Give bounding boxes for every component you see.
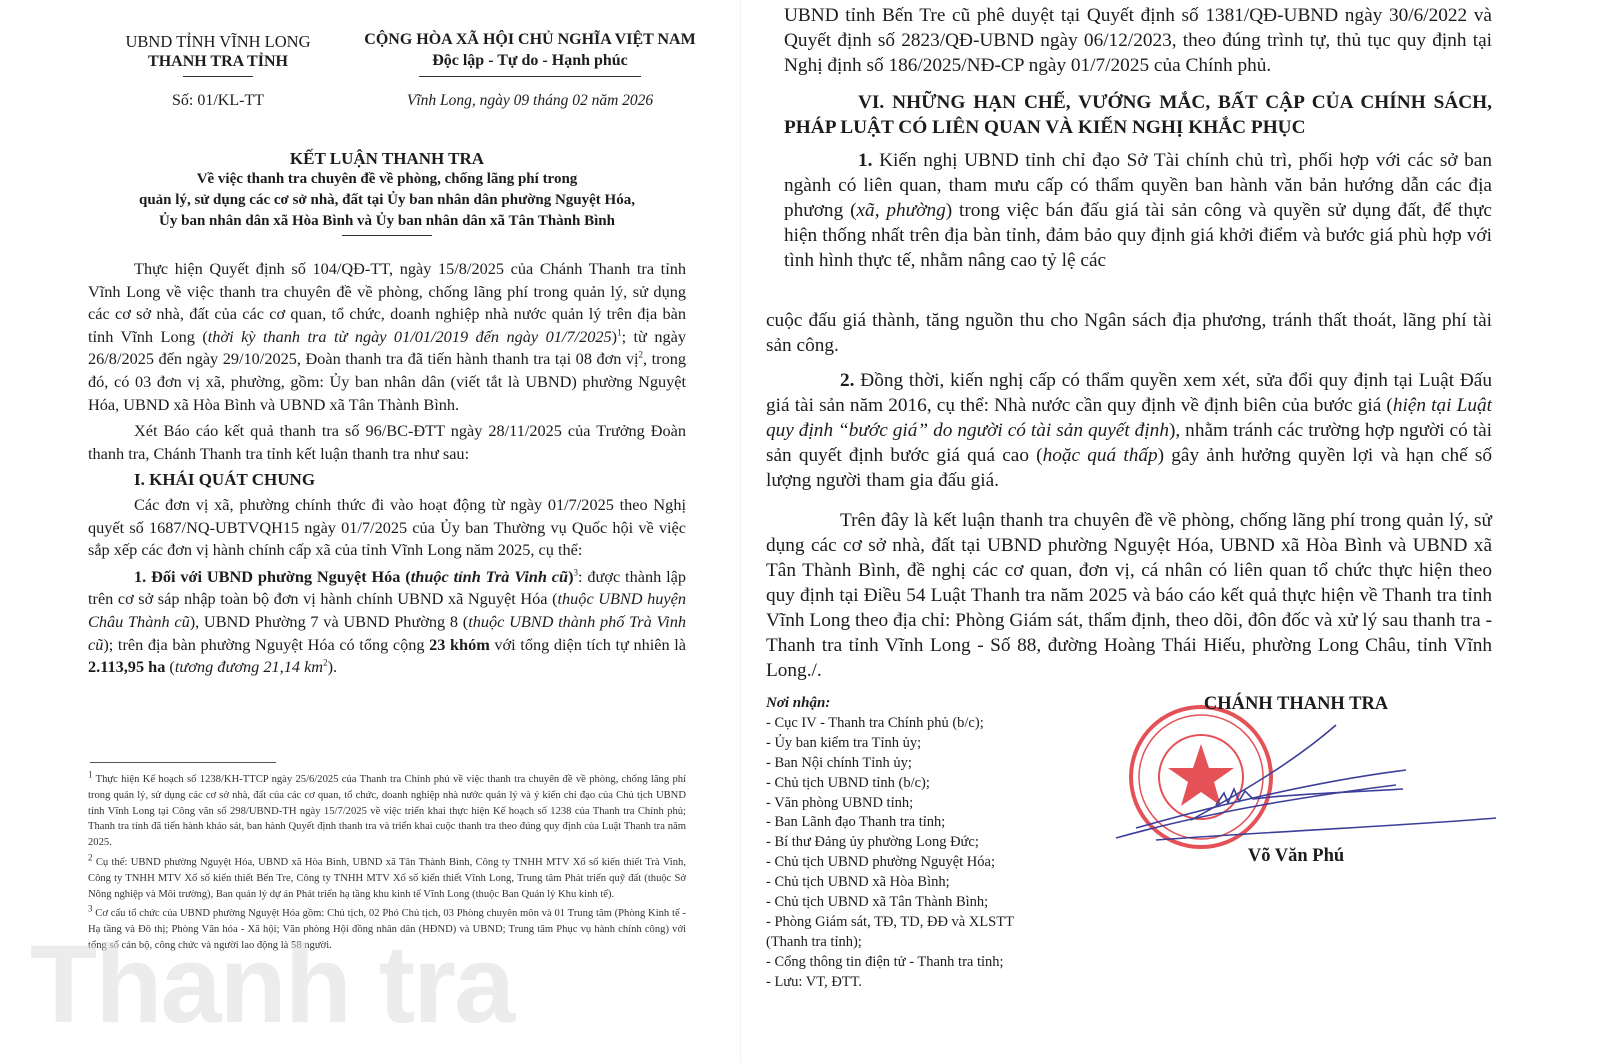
recipient-item: - Ban Nội chính Tỉnh ủy;: [766, 754, 1086, 774]
recipient-item: - Ban Lãnh đạo Thanh tra tỉnh;: [766, 813, 1086, 833]
document-title: KẾT LUẬN THANH TRA Về việc thanh tra chu…: [88, 148, 686, 236]
recipient-items: - Cục IV - Thanh tra Chính phủ (b/c);- Ủ…: [766, 714, 1086, 993]
italic-text: hoặc quá thấp: [1043, 445, 1158, 466]
bold-text: 2.113,95 ha: [88, 657, 165, 676]
text: Đồng thời, kiến nghị cấp có thẩm quyền x…: [766, 370, 1492, 416]
item-number: 2.: [840, 370, 854, 391]
italic-text: xã, phường: [857, 200, 946, 221]
recipient-item: - Chủ tịch UBND phường Nguyệt Hóa;: [766, 853, 1086, 873]
page-gutter: [740, 0, 741, 1063]
left-page: UBND TỈNH VĨNH LONG THANH TRA TỈNH CỘNG …: [88, 0, 686, 1063]
recipient-item: - Văn phòng UBND tỉnh;: [766, 794, 1086, 814]
left-body: Thực hiện Quyết định số 104/QĐ-TT, ngày …: [88, 258, 686, 683]
signature-block: CHÁNH THANH TRA Võ Văn Phú: [1106, 694, 1486, 715]
title-underline: [342, 235, 432, 236]
recipient-item: (Thanh tra tỉnh);: [766, 933, 1086, 953]
recipients-heading: Nơi nhận:: [766, 694, 1086, 714]
title-sub-1: Về việc thanh tra chuyên đề về phòng, ch…: [88, 169, 686, 190]
item-number: 1.: [858, 150, 872, 171]
paragraph-general: Các đơn vị xã, phường chính thức đi vào …: [88, 494, 686, 562]
section-heading-1: I. KHÁI QUÁT CHUNG: [88, 469, 686, 492]
recommendation-2: 2. Đồng thời, kiến nghị cấp có thẩm quyề…: [766, 368, 1492, 493]
recipient-item: - Lưu: VT, ĐTT.: [766, 973, 1086, 993]
text: Trên đây là kết luận thanh tra chuyên đề…: [766, 508, 1492, 683]
recipient-item: - Ủy ban kiểm tra Tỉnh ủy;: [766, 734, 1086, 754]
motto-underline: [419, 76, 641, 77]
watermark-logo: Thanh tra: [30, 930, 513, 1040]
recipient-item: - Chủ tịch UBND tỉnh (b/c);: [766, 774, 1086, 794]
footnote-number: 3: [88, 904, 93, 914]
recommendation-1: 1. Kiến nghị UBND tỉnh chỉ đạo Sở Tài ch…: [766, 148, 1492, 273]
text: ), UBND Phường 7 và UBND Phường 8 (: [190, 612, 468, 631]
document-number: Số: 01/KL-TT: [88, 92, 348, 110]
italic-text: tương đương 21,14 km: [175, 657, 323, 676]
recipient-item: - Cục IV - Thanh tra Chính phủ (b/c);: [766, 714, 1086, 734]
agency-underline: [183, 76, 253, 77]
paragraph-item-1: 1. Đối với UBND phường Nguyệt Hóa (thuộc…: [88, 566, 686, 679]
footnote-number: 2: [88, 852, 93, 862]
agency-name: THANH TRA TỈNH: [88, 52, 348, 72]
italic-text: thời kỳ thanh tra từ ngày 01/01/2019 đến…: [208, 327, 612, 346]
title-sub-3: Ủy ban nhân dân xã Hòa Bình và Ủy ban nh…: [88, 211, 686, 232]
recipient-item: - Bí thư Đảng ủy phường Long Đức;: [766, 833, 1086, 853]
footnote-2: 2 Cụ thể: UBND phường Nguyệt Hóa, UBND x…: [88, 855, 686, 902]
issuing-agency: UBND TỈNH VĨNH LONG THANH TRA TỈNH: [88, 32, 348, 77]
footnote-text: Thực hiện Kế hoạch số 1238/KH-TTCP ngày …: [88, 774, 686, 848]
bold-text: 1. Đối với UBND phường Nguyệt Hóa (: [134, 567, 411, 586]
bold-italic-text: thuộc tỉnh Trà Vinh cũ: [411, 567, 568, 586]
section-heading-6: VI. NHỮNG HẠN CHẾ, VƯỚNG MẮC, BẤT CẬP CỦ…: [766, 90, 1492, 140]
text: ); trên địa bàn phường Nguyệt Hóa có tổn…: [103, 635, 429, 654]
recipients-list: Nơi nhận: - Cục IV - Thanh tra Chính phủ…: [766, 694, 1086, 993]
national-header: CỘNG HÒA XÃ HỘI CHỦ NGHĨA VIỆT NAM Độc l…: [350, 30, 710, 77]
title-sub-2: quản lý, sử dụng các cơ sở nhà, đất tại …: [88, 190, 686, 211]
text: với tổng diện tích tự nhiên là: [490, 635, 686, 654]
agency-parent: UBND TỈNH VĨNH LONG: [88, 32, 348, 52]
recipient-item: - Chủ tịch UBND xã Tân Thành Bình;: [766, 893, 1086, 913]
footnote-separator: [90, 762, 276, 763]
place-date: Vĩnh Long, ngày 09 tháng 02 năm 2026: [350, 92, 710, 110]
footnote-number: 1: [88, 769, 93, 779]
signer-name: Võ Văn Phú: [1106, 846, 1486, 867]
paragraph-report: Xét Báo cáo kết quả thanh tra số 96/BC-Đ…: [88, 420, 686, 465]
text: cuộc đấu giá thành, tăng nguồn thu cho N…: [766, 308, 1492, 358]
recipient-item: - Cổng thông tin điện tử - Thanh tra tỉn…: [766, 953, 1086, 973]
bold-text: 23 khóm: [429, 635, 490, 654]
footnote-1: 1 Thực hiện Kế hoạch số 1238/KH-TTCP ngà…: [88, 772, 686, 851]
text: UBND tỉnh Bến Tre cũ phê duyệt tại Quyết…: [784, 3, 1492, 78]
paragraph-previous-continued: UBND tỉnh Bến Tre cũ phê duyệt tại Quyết…: [766, 3, 1492, 78]
motto: Độc lập - Tự do - Hạnh phúc: [350, 50, 710, 72]
text: (: [165, 657, 175, 676]
title-main: KẾT LUẬN THANH TRA: [88, 148, 686, 169]
recipient-item: - Chủ tịch UBND xã Hòa Bình;: [766, 873, 1086, 893]
right-page: UBND tỉnh Bến Tre cũ phê duyệt tại Quyết…: [766, 0, 1492, 1063]
footnote-text: Cụ thể: UBND phường Nguyệt Hóa, UBND xã …: [88, 857, 686, 900]
text: ).: [328, 657, 338, 676]
recipient-item: - Phòng Giám sát, TĐ, TD, ĐĐ và XLSTT: [766, 913, 1086, 933]
national-title: CỘNG HÒA XÃ HỘI CHỦ NGHĨA VIỆT NAM: [350, 30, 710, 50]
recommendation-1-continued: cuộc đấu giá thành, tăng nguồn thu cho N…: [766, 308, 1492, 358]
signer-title: CHÁNH THANH TRA: [1106, 694, 1486, 715]
closing-paragraph: Trên đây là kết luận thanh tra chuyên đề…: [766, 508, 1492, 683]
paragraph-intro: Thực hiện Quyết định số 104/QĐ-TT, ngày …: [88, 258, 686, 416]
handwritten-signature-icon: [1096, 700, 1506, 860]
